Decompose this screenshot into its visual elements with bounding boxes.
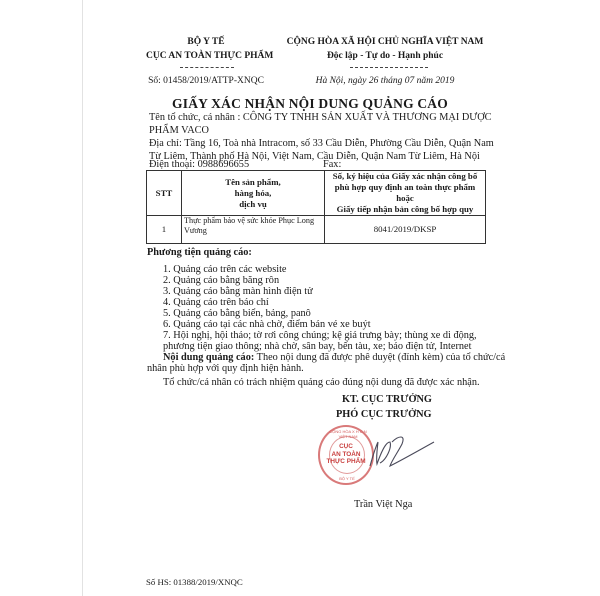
signature-mark	[368, 430, 438, 475]
page-edge	[82, 0, 83, 596]
org-name-line1: Tên tổ chức, cá nhân : CÔNG TY TNHH SẢN …	[149, 111, 492, 124]
document-number: Số: 01458/2019/ATTP-XNQC	[146, 75, 266, 87]
nation-motto: Độc lập - Tự do - Hạnh phúc	[274, 50, 496, 62]
col-header-product: Tên sản phẩm, hàng hóa, dịch vụ	[182, 171, 325, 216]
stamp-ring-bottom: BỘ Y TẾ	[332, 476, 362, 481]
signer-name: Trần Việt Nga	[354, 498, 412, 511]
divider-right	[350, 67, 428, 68]
table-row: 1 Thực phẩm bảo vệ sức khỏe Phục Long Vư…	[147, 216, 486, 244]
ministry-name: BỘ Y TẾ	[146, 36, 266, 48]
official-stamp: CỤC AN TOÀN THỰC PHẨM CỘNG HÒA X H C N V…	[318, 425, 374, 485]
table-header-row: STT Tên sản phẩm, hàng hóa, dịch vụ Số, …	[147, 171, 486, 216]
responsibility-text: Tổ chức/cá nhân có trách nhiệm quảng cáo…	[163, 376, 480, 389]
document-title: GIẤY XÁC NHẬN NỘI DUNG QUẢNG CÁO	[120, 96, 500, 112]
cell-product: Thực phẩm bảo vệ sức khỏe Phục Long Vươn…	[182, 216, 325, 244]
product-table: STT Tên sản phẩm, hàng hóa, dịch vụ Số, …	[146, 170, 486, 244]
cell-stt: 1	[147, 216, 182, 244]
signer-title-2: PHÓ CỤC TRƯỞNG	[336, 408, 432, 421]
divider-left	[180, 67, 234, 68]
signer-title-1: KT. CỤC TRƯỞNG	[342, 393, 432, 406]
org-name-line2: PHẨM VACO	[149, 124, 209, 137]
file-number: Số HS: 01388/2019/XNQC	[146, 577, 243, 587]
stamp-ring-top: CỘNG HÒA X H C N VIỆT NAM	[328, 429, 368, 439]
col-header-stt: STT	[147, 171, 182, 216]
media-heading: Phương tiện quảng cáo:	[147, 246, 252, 259]
cell-code: 8041/2019/DKSP	[325, 216, 486, 244]
stamp-text: CỤC AN TOÀN THỰC PHẨM	[320, 443, 372, 466]
place-date: Hà Nội, ngày 26 tháng 07 năm 2019	[274, 75, 496, 87]
col-header-code: Số, ký hiệu của Giấy xác nhận công bố ph…	[325, 171, 486, 216]
org-address-line1: Địa chỉ: Tầng 16, Toà nhà Intracom, số 3…	[149, 137, 494, 150]
content-line2: nhân phù hợp với quy định hiện hành.	[147, 362, 304, 375]
nation-title: CỘNG HÒA XÃ HỘI CHỦ NGHĨA VIỆT NAM	[274, 36, 496, 48]
department-name: CỤC AN TOÀN THỰC PHẨM	[146, 50, 266, 62]
